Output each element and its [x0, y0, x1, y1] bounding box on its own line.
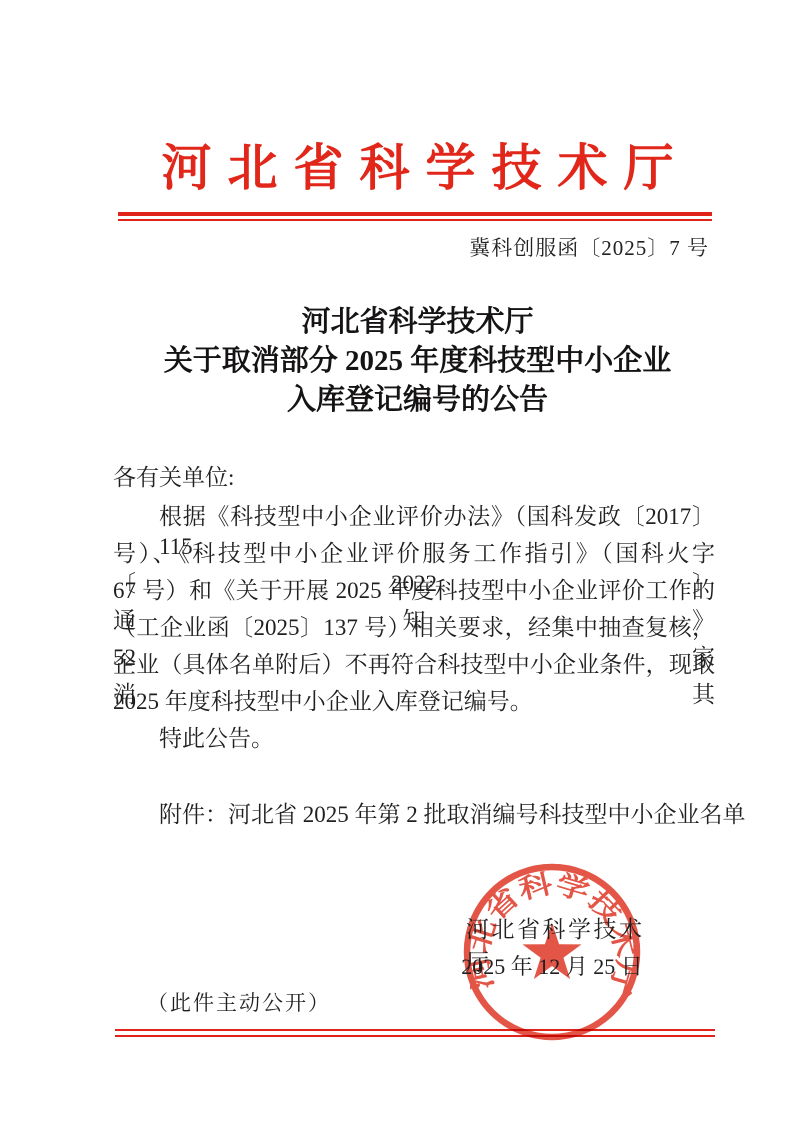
footer-note: （此件主动公开）	[147, 987, 331, 1017]
closing-line: 特此公告。	[159, 724, 715, 754]
header-rule-thin	[118, 219, 712, 221]
title-line-3: 入库登记编号的公告	[42, 384, 793, 416]
title-line-1: 河北省科学技术厅	[42, 306, 793, 338]
title-line-2: 关于取消部分 2025 年度科技型中小企业	[42, 345, 793, 377]
document-page: 河北省科学技术厅 冀科创服函〔2025〕7 号 河北省科学技术厅 关于取消部分 …	[0, 0, 793, 1121]
document-number: 冀科创服函〔2025〕7 号	[469, 232, 709, 262]
attachment-line: 附件：河北省 2025 年第 2 批取消编号科技型中小企业名单	[159, 800, 761, 830]
paragraph-line-6: 2025 年度科技型中小企业入库登记编号。	[113, 687, 715, 717]
letterhead-title: 河北省科学技术厅	[42, 138, 793, 198]
salutation: 各有关单位:	[113, 463, 715, 493]
signature-date: 2025 年 12 月 25 日	[461, 950, 643, 981]
header-rule-thick	[118, 212, 712, 216]
